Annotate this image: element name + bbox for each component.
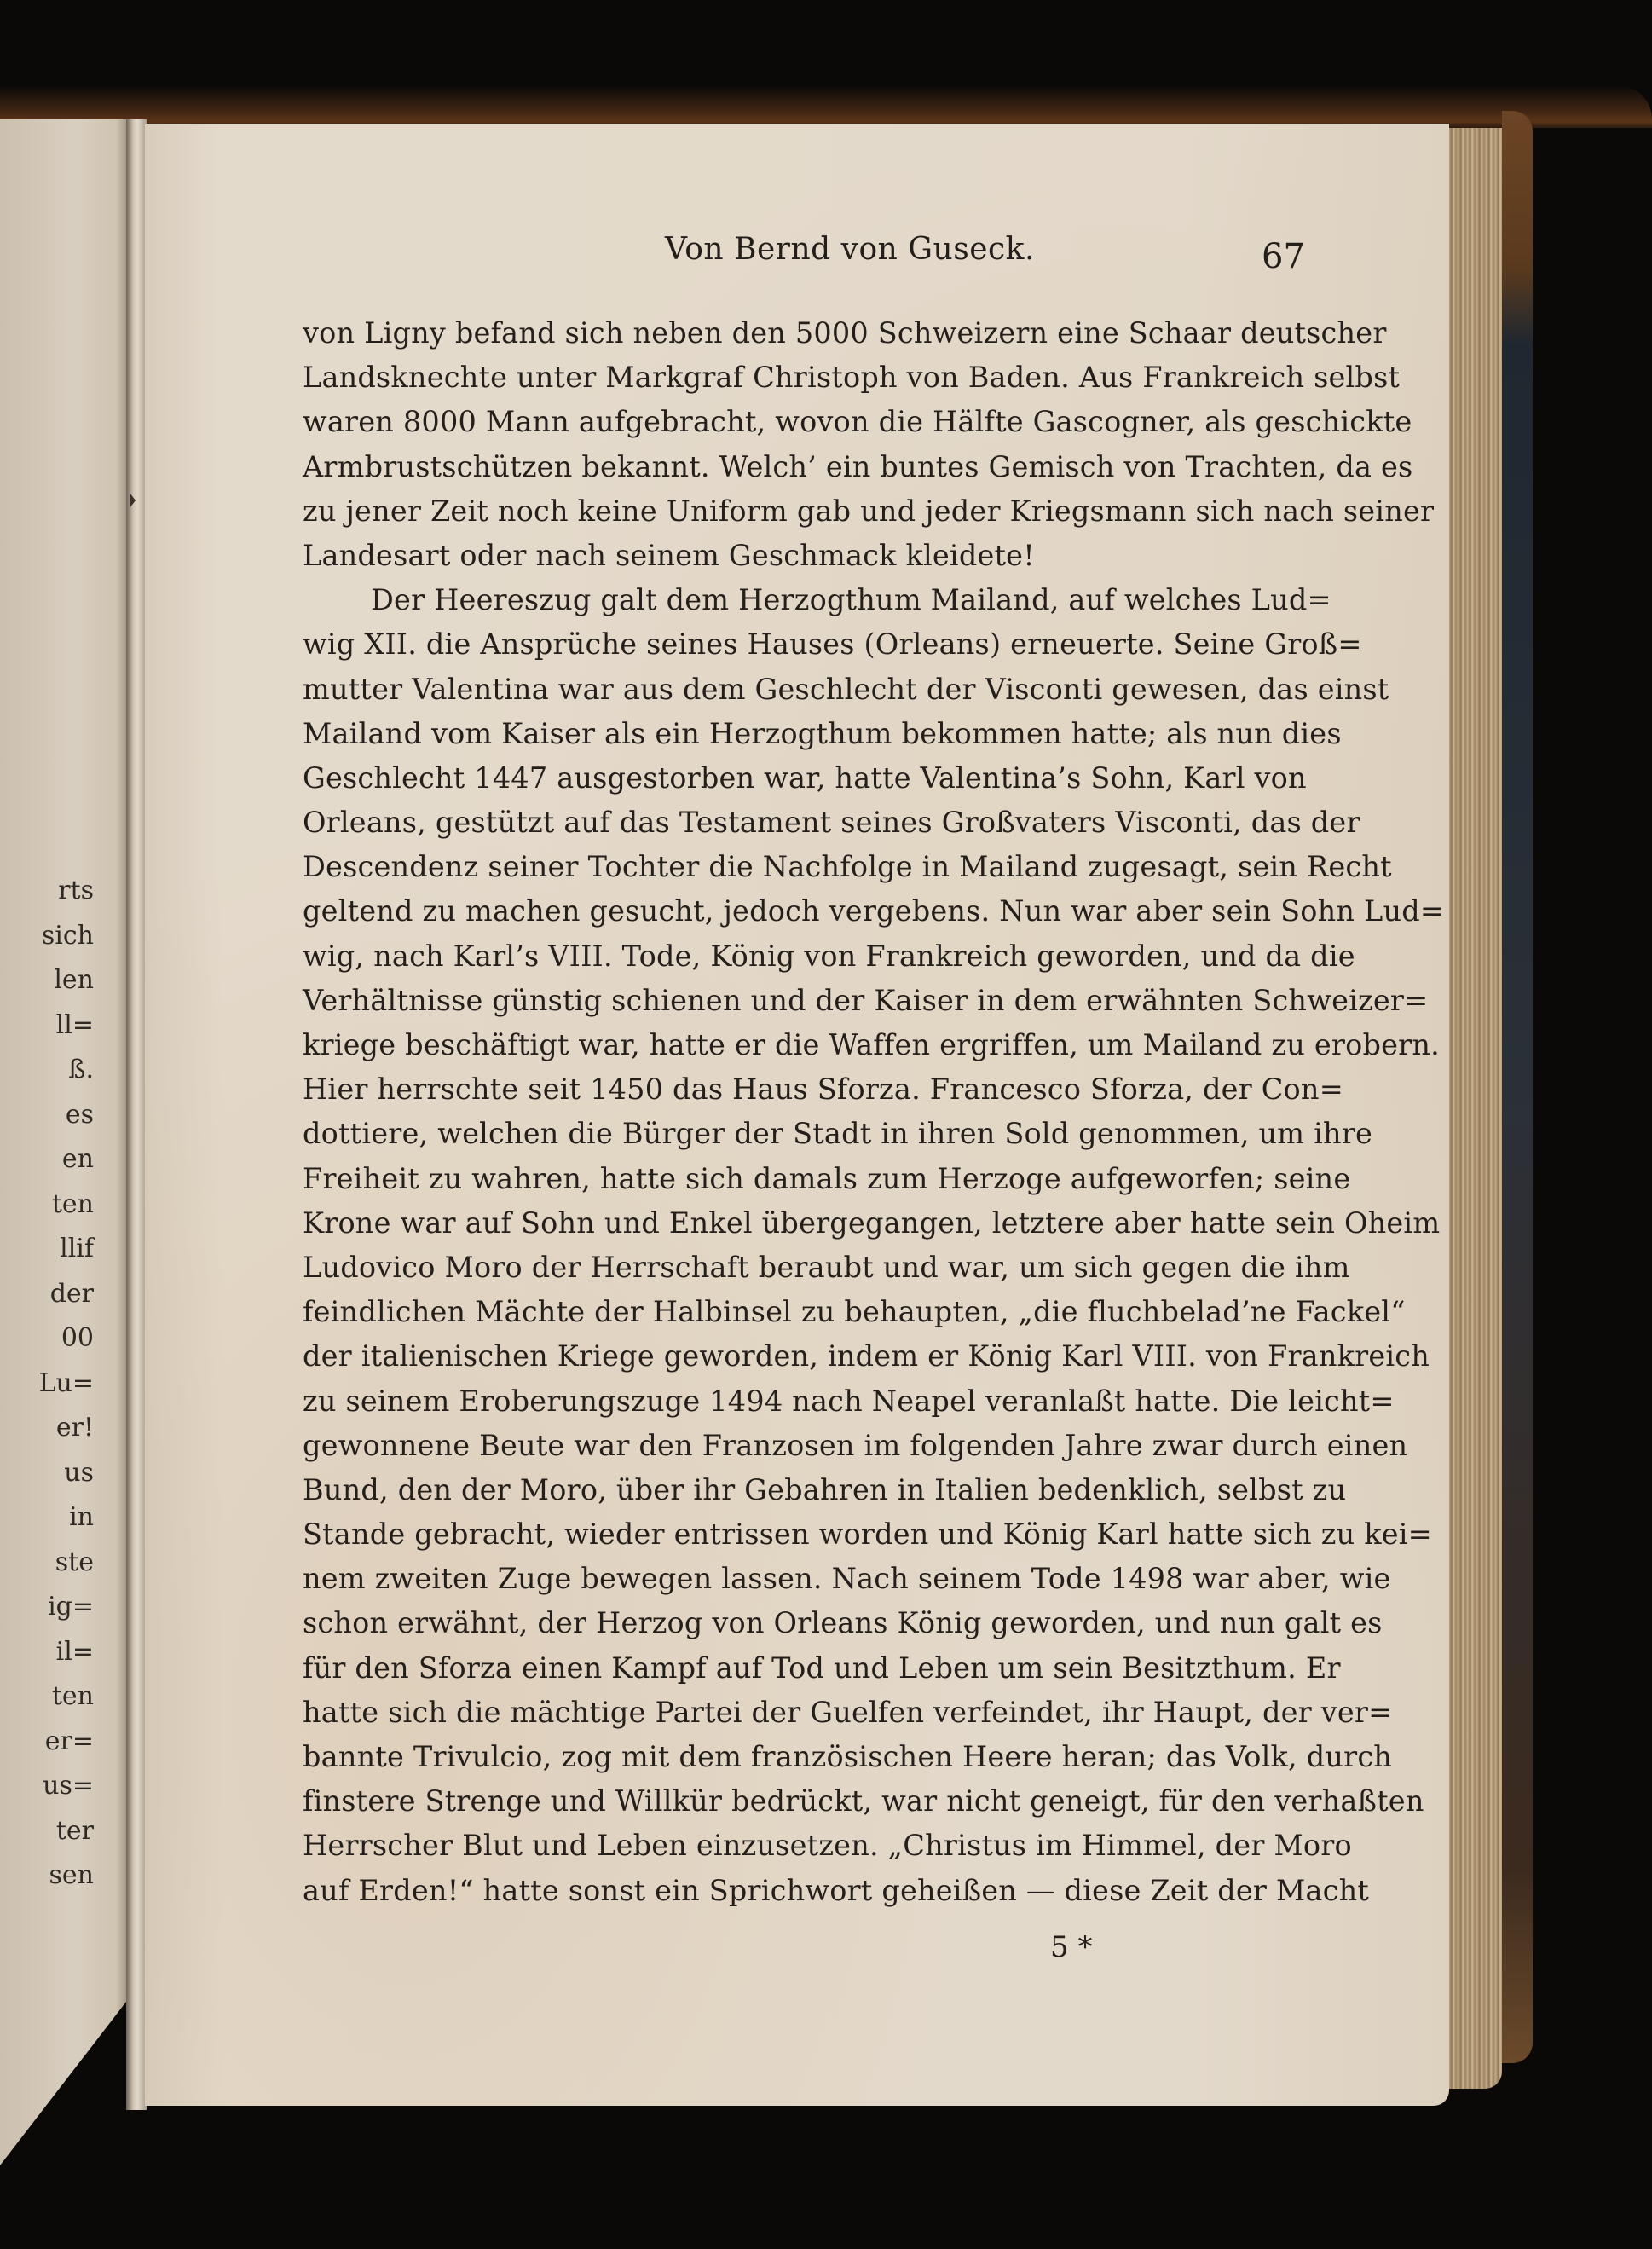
text-line: mutter Valentina war aus dem Geschlecht … bbox=[303, 668, 1300, 712]
text-line: finstere Strenge und Willkür bedrückt, w… bbox=[303, 1779, 1300, 1824]
text-line: hatte sich die mächtige Partei der Guelf… bbox=[303, 1691, 1300, 1735]
page-number: 67 bbox=[1262, 237, 1305, 276]
text-line: geltend zu machen gesucht, jedoch vergeb… bbox=[303, 889, 1300, 934]
text-line: feindlichen Mächte der Halbinsel zu beha… bbox=[303, 1290, 1300, 1334]
text-line: dottiere, welchen die Bürger der Stadt i… bbox=[303, 1112, 1300, 1156]
text-line: Orleans, gestützt auf das Testament sein… bbox=[303, 801, 1300, 845]
left-page-fragment: es bbox=[0, 1102, 94, 1128]
text-line: Freiheit zu wahren, hatte sich damals zu… bbox=[303, 1157, 1300, 1201]
left-page-fragment: rts bbox=[0, 878, 94, 904]
signature-mark: 5 * bbox=[1050, 1930, 1092, 1964]
text-line: kriege beschäftigt war, hatte er die Waf… bbox=[303, 1023, 1300, 1067]
left-page-fragment: ter bbox=[0, 1818, 94, 1844]
left-page-fragment: ig= bbox=[0, 1594, 94, 1620]
left-page-fragment: il= bbox=[0, 1639, 94, 1665]
left-page-fragment: en bbox=[0, 1147, 94, 1172]
text-line: schon erwähnt, der Herzog von Orleans Kö… bbox=[303, 1601, 1300, 1645]
text-line: gewonnene Beute war den Franzosen im fol… bbox=[303, 1424, 1300, 1468]
left-page-fragment: ten bbox=[0, 1192, 94, 1217]
text-line: Verhältnisse günstig schienen und der Ka… bbox=[303, 979, 1300, 1023]
page-fore-edge bbox=[1449, 128, 1502, 2089]
text-line: Geschlecht 1447 ausgestorben war, hatte … bbox=[303, 756, 1300, 801]
text-line: Landesart oder nach seinem Geschmack kle… bbox=[303, 534, 1300, 578]
left-page-fragment: der bbox=[0, 1281, 94, 1307]
text-line: Krone war auf Sohn und Enkel übergegange… bbox=[303, 1201, 1300, 1246]
text-line: nem zweiten Zuge bewegen lassen. Nach se… bbox=[303, 1557, 1300, 1601]
text-line: bannte Trivulcio, zog mit dem französisc… bbox=[303, 1735, 1300, 1779]
text-line: Armbrustschützen bekannt. Welch’ ein bun… bbox=[303, 445, 1300, 489]
text-line: Mailand vom Kaiser als ein Herzogthum be… bbox=[303, 712, 1300, 756]
text-line: Landsknechte unter Markgraf Christoph vo… bbox=[303, 356, 1300, 400]
text-line: Ludovico Moro der Herrschaft beraubt und… bbox=[303, 1246, 1300, 1290]
left-page-fragment: 00 bbox=[0, 1326, 94, 1351]
text-line: der italienischen Kriege geworden, indem… bbox=[303, 1334, 1300, 1379]
running-head: Von Bernd von Guseck. bbox=[665, 232, 1035, 267]
margin-mark-icon bbox=[130, 493, 136, 508]
left-page-fragment: sich bbox=[0, 923, 94, 949]
text-line: wig XII. die Ansprüche seines Hauses (Or… bbox=[303, 622, 1300, 667]
left-page-fragment: llif bbox=[0, 1236, 94, 1262]
text-line: für den Sforza einen Kampf auf Tod und L… bbox=[303, 1646, 1300, 1691]
leather-binding bbox=[1502, 111, 1533, 2063]
text-line: von Ligny befand sich neben den 5000 Sch… bbox=[303, 311, 1300, 356]
left-page-fragment: ß. bbox=[0, 1057, 94, 1083]
book-cover-top-edge bbox=[0, 85, 1652, 128]
left-page-fragment: len bbox=[0, 968, 94, 993]
left-page-fragment: ste bbox=[0, 1550, 94, 1575]
left-page bbox=[0, 119, 126, 2165]
text-line: Der Heereszug galt dem Herzogthum Mailan… bbox=[303, 578, 1300, 622]
text-line: Bund, den der Moro, über ihr Gebahren in… bbox=[303, 1468, 1300, 1512]
book-gutter bbox=[126, 119, 147, 2110]
text-line: wig, nach Karl’s VIII. Tode, König von F… bbox=[303, 934, 1300, 979]
left-page-fragment: us= bbox=[0, 1773, 94, 1799]
text-line: Herrscher Blut und Leben einzusetzen. „C… bbox=[303, 1824, 1300, 1868]
left-page-fragment: in bbox=[0, 1505, 94, 1530]
left-page-fragment: ll= bbox=[0, 1013, 94, 1038]
text-line: auf Erden!“ hatte sonst ein Sprichwort g… bbox=[303, 1869, 1300, 1913]
text-line: Stande gebracht, wieder entrissen worden… bbox=[303, 1512, 1300, 1557]
text-line: zu jener Zeit noch keine Uniform gab und… bbox=[303, 489, 1300, 534]
left-page-fragment: er! bbox=[0, 1415, 94, 1441]
left-page-fragment: er= bbox=[0, 1729, 94, 1755]
left-page-fragment: Lu= bbox=[0, 1371, 94, 1396]
left-page-fragment: ten bbox=[0, 1684, 94, 1709]
text-line: zu seinem Eroberungszuge 1494 nach Neape… bbox=[303, 1379, 1300, 1424]
left-page-fragment: us bbox=[0, 1460, 94, 1486]
text-line: waren 8000 Mann aufgebracht, wovon die H… bbox=[303, 400, 1300, 444]
left-page-fragment: sen bbox=[0, 1863, 94, 1888]
text-line: Hier herrschte seit 1450 das Haus Sforza… bbox=[303, 1067, 1300, 1112]
text-line: Descendenz seiner Tochter die Nachfolge … bbox=[303, 845, 1300, 889]
body-text: von Ligny befand sich neben den 5000 Sch… bbox=[303, 311, 1300, 1913]
